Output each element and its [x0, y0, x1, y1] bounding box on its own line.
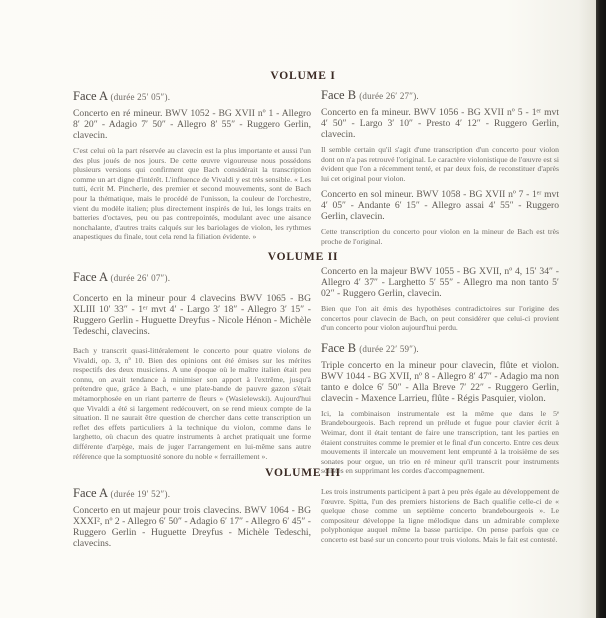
page-binding-edge: [596, 0, 606, 618]
volume-2-face-a-continued: Concerto en la majeur BWV 1055 - BG XVII…: [321, 266, 559, 481]
face-label: Face B: [321, 88, 356, 102]
work-listing: Concerto en la mineur pour 4 clavecins B…: [73, 293, 311, 337]
work-note: Les trois instruments participent à part…: [321, 487, 559, 545]
face-duration: (durée 22′ 59″).: [359, 344, 419, 354]
work-listing: Concerto en ré mineur. BWV 1052 - BG XVI…: [73, 108, 311, 141]
face-label: Face A: [73, 89, 107, 103]
face-label: Face A: [73, 486, 107, 500]
booklet-page: VOLUME I Face A (durée 25′ 05″). Concert…: [0, 0, 596, 618]
face-heading: Face A (durée 26′ 07″).: [73, 270, 311, 285]
work-note: C'est celui où la part réservée au clave…: [73, 146, 311, 242]
face-heading: Face A (durée 19′ 52″).: [73, 486, 311, 501]
face-heading: Face A (durée 25′ 05″).: [73, 89, 311, 104]
work-listing: Concerto en ut majeur pour trois claveci…: [73, 505, 311, 549]
face-duration: (durée 19′ 52″).: [111, 489, 171, 499]
face-label: Face B: [321, 341, 356, 355]
work-listing: Concerto en fa mineur. BWV 1056 - BG XVI…: [321, 107, 559, 140]
volume-3-title: VOLUME III: [0, 467, 606, 479]
volume-2-title: VOLUME II: [0, 251, 606, 263]
volume-2-face-a: Face A (durée 26′ 07″). Concerto en la m…: [73, 270, 311, 466]
work-note: Bach y transcrit quasi-littéralement le …: [73, 346, 311, 461]
volume-3-face-a: Face A (durée 19′ 52″). Concerto en ut m…: [73, 486, 311, 554]
face-duration: (durée 25′ 05″).: [111, 92, 171, 102]
work-listing: Concerto en la majeur BWV 1055 - BG XVII…: [321, 266, 559, 299]
face-heading: Face B (durée 22′ 59″).: [321, 341, 559, 356]
work-note: Il semble certain qu'il s'agit d'une tra…: [321, 145, 559, 183]
work-listing: Triple concerto en la mineur pour clavec…: [321, 360, 559, 404]
face-duration: (durée 26′ 27″).: [359, 91, 419, 101]
volume-3-note: Les trois instruments participent à part…: [321, 487, 559, 550]
work-note: Ici, la combinaison instrumentale est la…: [321, 409, 559, 476]
volume-1-face-a: Face A (durée 25′ 05″). Concerto en ré m…: [73, 89, 311, 247]
volume-1-title: VOLUME I: [0, 70, 606, 82]
face-duration: (durée 26′ 07″).: [111, 273, 171, 283]
volume-1-face-b: Face B (durée 26′ 27″). Concerto en fa m…: [321, 88, 559, 252]
face-label: Face A: [73, 270, 107, 284]
work-listing: Concerto en sol mineur. BWV 1058 - BG XV…: [321, 189, 559, 222]
work-note: Cette transcription du concerto pour vio…: [321, 227, 559, 246]
work-note: Bien que l'on ait émis des hypothèses co…: [321, 304, 559, 333]
face-heading: Face B (durée 26′ 27″).: [321, 88, 559, 103]
